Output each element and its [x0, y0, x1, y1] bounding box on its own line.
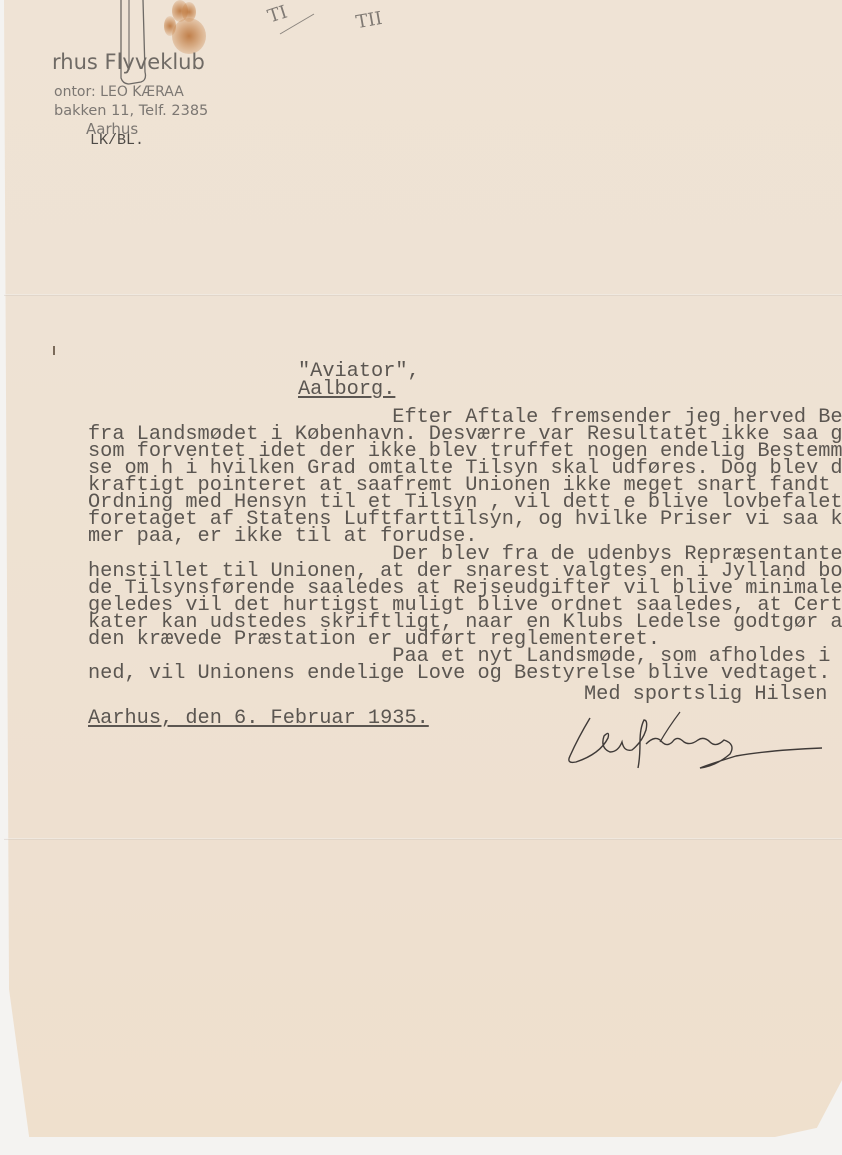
- address-line: bakken 11, Telf. 2385: [54, 103, 208, 119]
- fold-line-upper: [4, 294, 842, 296]
- fold-line-lower: [4, 838, 842, 840]
- pencil-stroke: [278, 8, 318, 38]
- pencil-mark-2: TII: [354, 8, 383, 33]
- office-line: ontor: LEO KÆRAA: [54, 84, 184, 100]
- body-line: ned, vil Unionens endelige Love og Besty…: [88, 665, 830, 682]
- club-name: rhus Flyveklub: [52, 50, 205, 74]
- paperclip-mark: [115, 0, 155, 90]
- reference-initials: LK/BL.: [90, 132, 144, 149]
- date-line: Aarhus, den 6. Februar 1935.: [88, 710, 429, 727]
- closing-salutation: Med sportslig Hilsen: [584, 686, 827, 703]
- recipient-city: Aalborg.: [298, 381, 395, 398]
- rust-stain: [172, 18, 206, 54]
- handwritten-signature: [560, 708, 840, 778]
- ink-mark: [53, 346, 55, 355]
